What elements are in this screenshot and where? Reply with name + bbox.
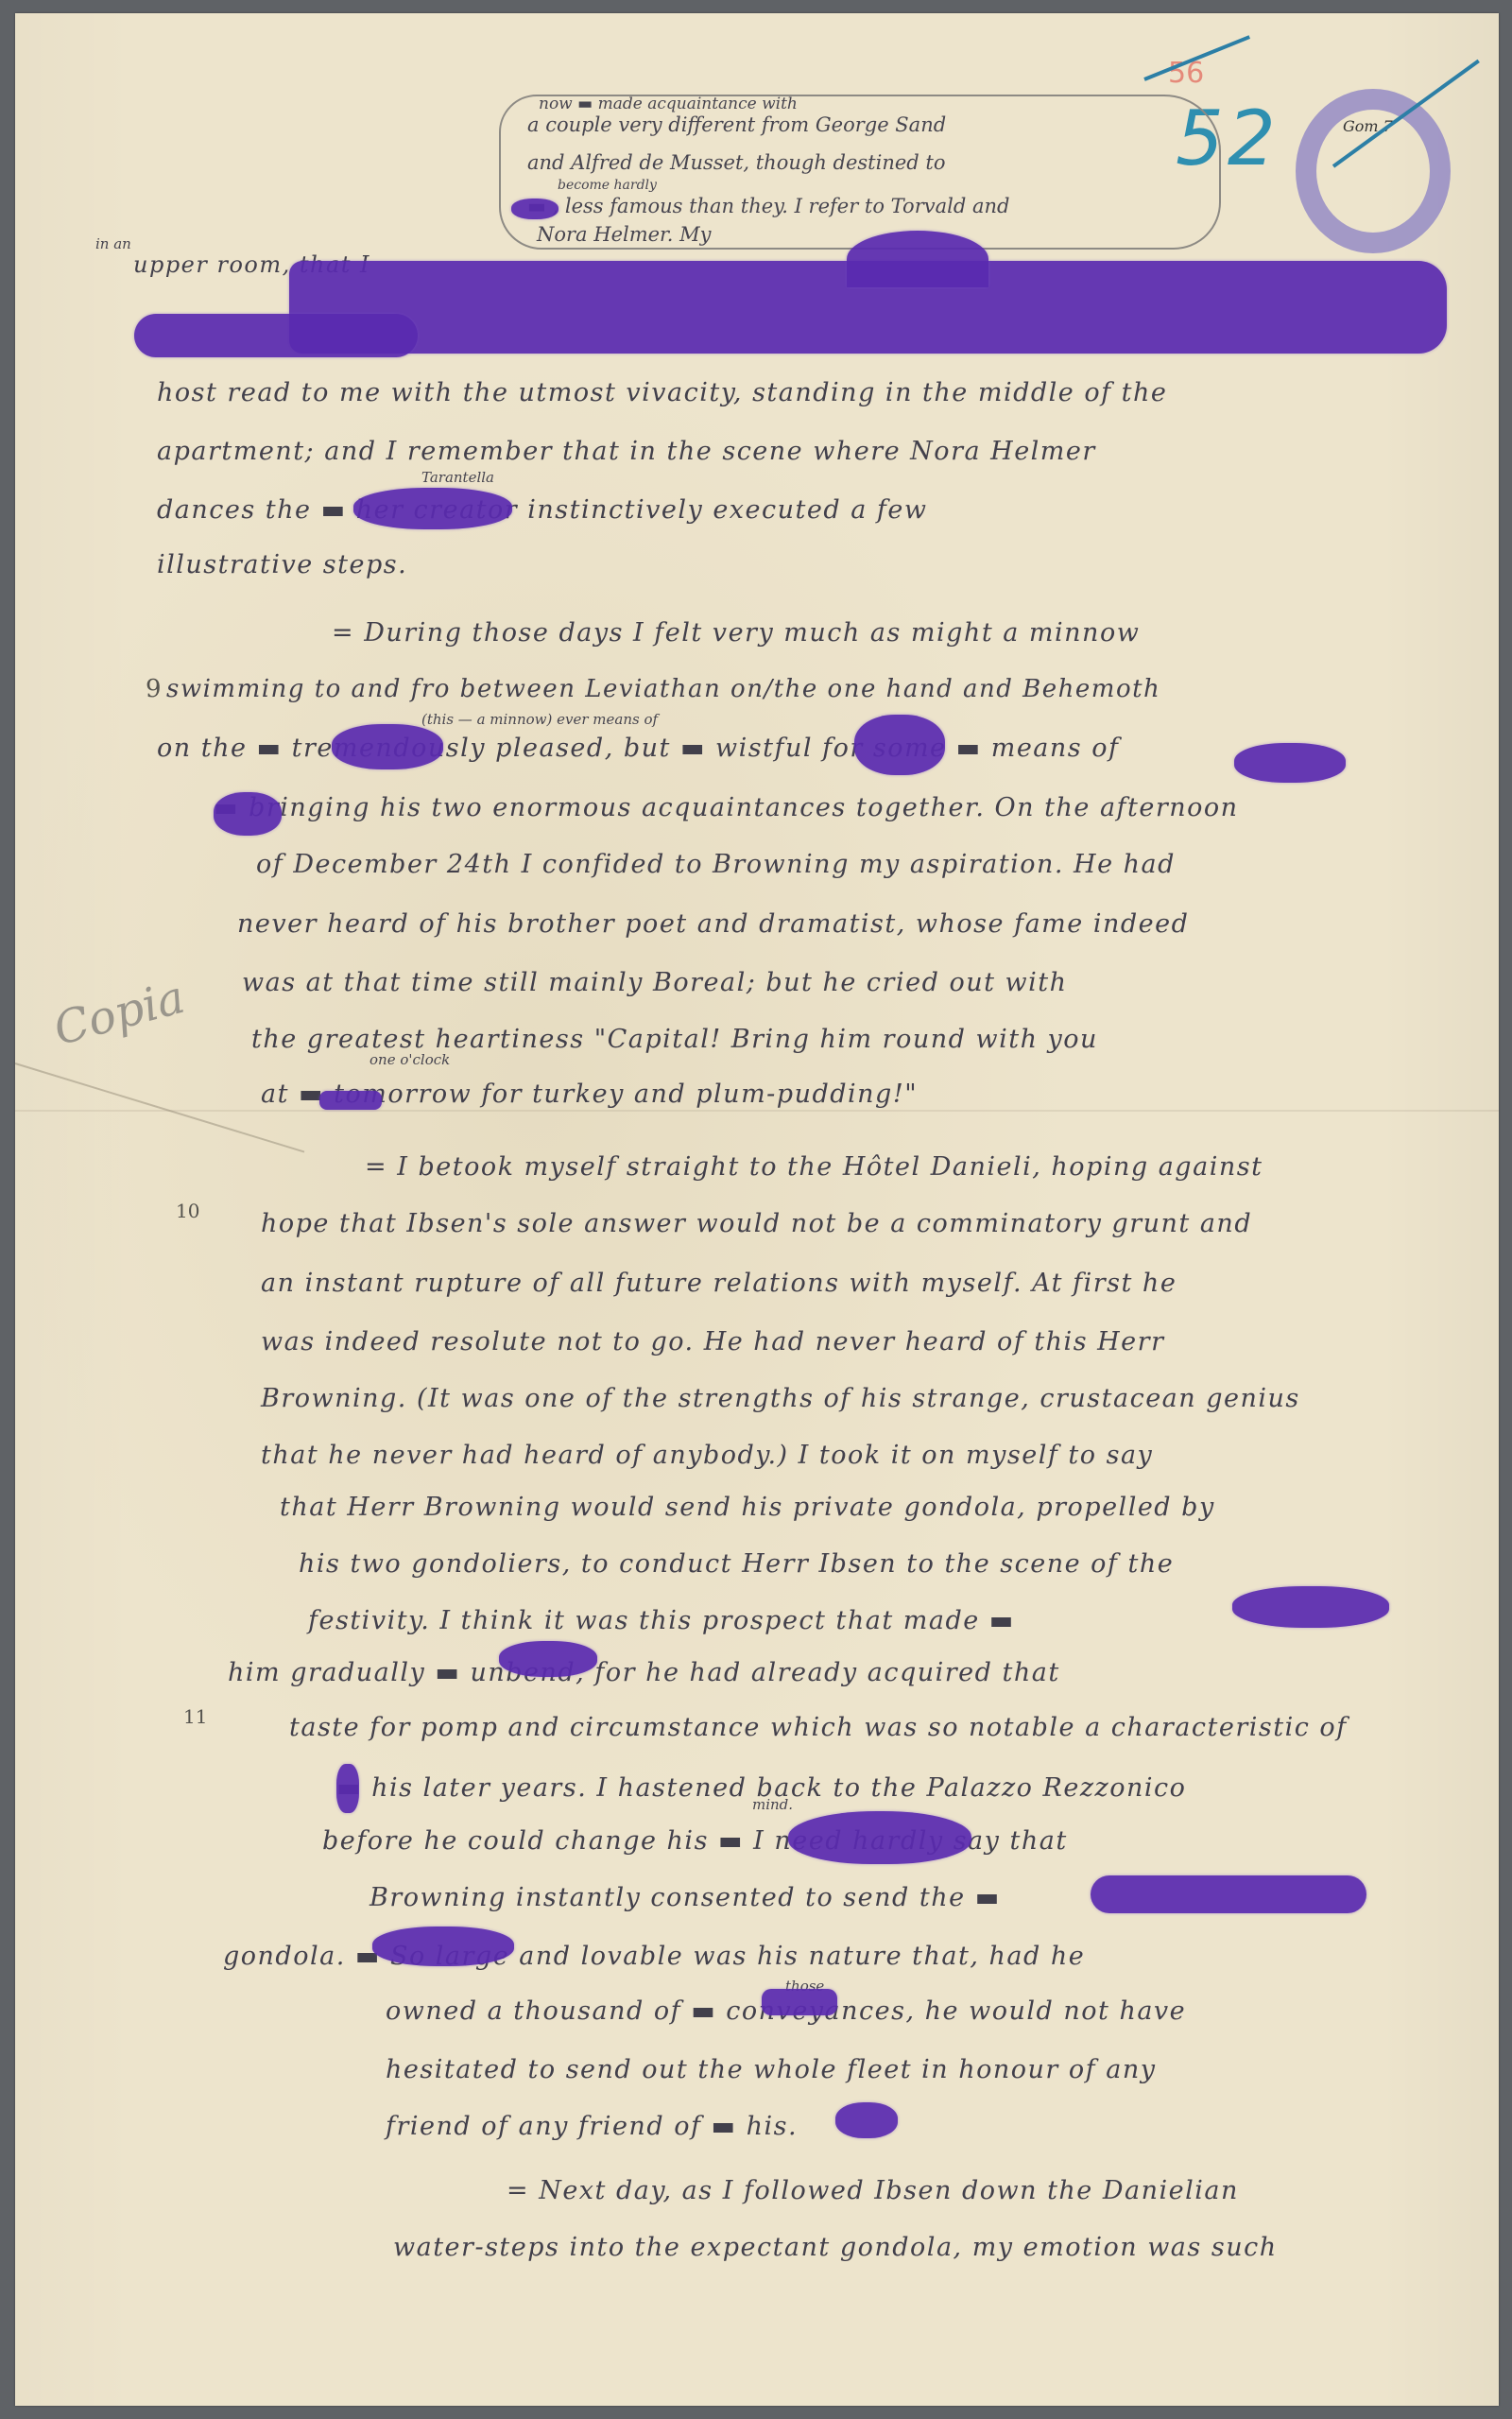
- balloon-line: a couple very different from George Sand: [527, 113, 946, 136]
- manuscript-line: illustrative steps.: [157, 550, 407, 579]
- manuscript-line: host read to me with the utmost vivacity…: [157, 378, 1167, 407]
- redaction-blot: [835, 2102, 898, 2138]
- manuscript-line: festivity. I think it was this prospect …: [308, 1606, 1015, 1635]
- interlinear-insertion: Tarantella: [421, 469, 494, 486]
- balloon-interlinear: become hardly: [558, 178, 657, 193]
- paper-crease: [15, 1110, 1499, 1112]
- large-redaction-left: [134, 314, 418, 357]
- manuscript-line: taste for pomp and circumstance which wa…: [289, 1713, 1348, 1742]
- manuscript-line: gondola. ▬ So large and lovable was his …: [223, 1942, 1085, 1971]
- margin-number: 9: [146, 675, 162, 703]
- balloon-line: and Alfred de Musset, though destined to: [527, 151, 945, 174]
- redaction-blot: [332, 724, 443, 769]
- manuscript-line: hope that Ibsen's sole answer would not …: [261, 1209, 1252, 1238]
- balloon-line: Nora Helmer. My: [537, 223, 712, 246]
- redaction-blot: [1232, 1586, 1389, 1628]
- manuscript-line: an instant rupture of all future relatio…: [261, 1269, 1177, 1298]
- redaction-blot: [854, 715, 945, 775]
- margin-number: 11: [183, 1705, 207, 1728]
- interlinear-insertion: in an: [95, 235, 131, 252]
- interlinear-insertion: one o'clock: [369, 1051, 450, 1068]
- redaction-blot: [1091, 1875, 1366, 1913]
- circle-mark: [1296, 89, 1451, 253]
- manuscript-line: the greatest heartiness "Capital! Bring …: [251, 1025, 1098, 1054]
- manuscript-line: dances the ▬ her creator instinctively e…: [157, 495, 927, 525]
- manuscript-line: Browning. (It was one of the strengths o…: [261, 1384, 1300, 1413]
- manuscript-line: apartment; and I remember that in the sc…: [157, 437, 1096, 466]
- manuscript-line: that he never had heard of anybody.) I t…: [261, 1441, 1153, 1470]
- manuscript-line: was at that time still mainly Boreal; bu…: [242, 968, 1068, 997]
- insertion-balloon: now ▬ made acquaintance with a couple ve…: [499, 95, 1221, 250]
- manuscript-line: his two gondoliers, to conduct Herr Ibse…: [299, 1549, 1174, 1579]
- redaction-blot: [214, 792, 282, 836]
- redaction-blot: [511, 199, 558, 219]
- manuscript-line: = During those days I felt very much as …: [332, 618, 1140, 648]
- balloon-line: ▬ , less famous than they. I refer to To…: [527, 195, 1009, 217]
- redaction-blot: [1234, 743, 1346, 783]
- pencil-margin-note: Copia: [48, 971, 190, 1056]
- redaction-blot: [372, 1927, 514, 1966]
- margin-number: 10: [176, 1200, 199, 1222]
- redaction-blot: [499, 1641, 597, 1677]
- manuscript-line: ▬ bringing his two enormous acquaintance…: [214, 793, 1239, 822]
- manuscript-line: of December 24th I confided to Browning …: [256, 850, 1176, 879]
- manuscript-line: him gradually ▬ unbend, for he had alrea…: [228, 1658, 1060, 1687]
- redaction-blot: [762, 1989, 837, 2015]
- redaction-blot: [319, 1091, 382, 1110]
- balloon-line: now ▬ made acquaintance with: [539, 95, 798, 113]
- redaction-blot: [788, 1811, 971, 1864]
- manuscript-line: never heard of his brother poet and dram…: [237, 909, 1189, 939]
- manuscript-page: 56 52 Gom 7 now ▬ made acquaintance with…: [15, 13, 1499, 2406]
- manuscript-line: that Herr Browning would send his privat…: [280, 1493, 1215, 1522]
- large-redaction-peak: [847, 231, 988, 287]
- redaction-blot: [353, 488, 512, 529]
- interlinear-insertion: (this — a minnow) ever means of: [421, 711, 658, 728]
- manuscript-line: hesitated to send out the whole fleet in…: [386, 2055, 1156, 2084]
- manuscript-line: friend of any friend of ▬ his.: [386, 2112, 798, 2141]
- manuscript-line: = Next day, as I followed Ibsen down the…: [507, 2176, 1239, 2205]
- manuscript-line: on the ▬ tremendously pleased, but ▬ wis…: [157, 734, 1119, 763]
- manuscript-line: swimming to and fro between Leviathan on…: [166, 675, 1160, 703]
- manuscript-line: water-steps into the expectant gondola, …: [393, 2233, 1278, 2262]
- interlinear-insertion: mind.: [752, 1796, 793, 1813]
- manuscript-line: Browning instantly consented to send the…: [369, 1883, 1001, 1912]
- manuscript-line: was indeed resolute not to go. He had ne…: [261, 1327, 1164, 1356]
- manuscript-line: = I betook myself straight to the Hôtel …: [365, 1152, 1263, 1182]
- redaction-blot: [336, 1764, 359, 1813]
